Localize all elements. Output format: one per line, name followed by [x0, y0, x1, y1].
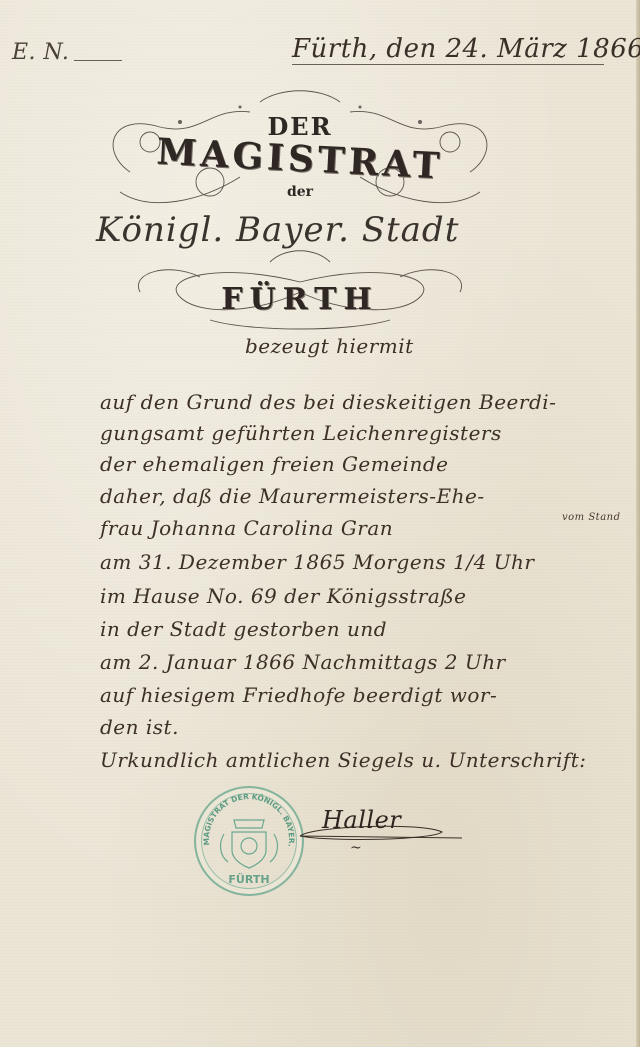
- body-line: gungsamt geführten Leichenregisters: [100, 421, 502, 445]
- body-line: der ehemaligen freien Gemeinde: [100, 452, 448, 476]
- body-line: frau Johanna Carolina Gran: [100, 516, 393, 540]
- body-line: auf hiesigem Friedhofe beerdigt wor-: [100, 683, 497, 707]
- closing-text: Urkundlich amtlichen Siegels u. Untersch…: [100, 748, 587, 772]
- signature: Haller: [322, 806, 401, 834]
- body-line: am 31. Dezember 1865 Morgens 1/4 Uhr: [100, 550, 535, 574]
- letterhead: DER MAGISTRAT der Königl. Bayer. Stadt F…: [90, 82, 510, 332]
- seal-city: FÜRTH: [196, 873, 302, 886]
- svg-text:MAGISTRAT DER KÖNIGL. BAYER. S: MAGISTRAT DER KÖNIGL. BAYER. STADT: [196, 788, 296, 851]
- official-seal: MAGISTRAT DER KÖNIGL. BAYER. STADT FÜRTH: [194, 786, 304, 896]
- body-line: im Hause No. 69 der Königsstraße: [100, 584, 466, 608]
- margin-note: vom Stand: [562, 512, 621, 523]
- letterhead-city: Königl. Bayer. Stadt: [96, 210, 459, 250]
- place-date: Fürth, den 24. März 1866.: [292, 34, 640, 64]
- body-line: auf den Grund des bei dieskeitigen Beerd…: [100, 390, 556, 414]
- body-line: den ist.: [100, 715, 179, 739]
- letterhead-furth: FÜRTH: [90, 282, 510, 317]
- intro-text: bezeugt hiermit: [245, 334, 414, 358]
- body-line: am 2. Januar 1866 Nachmittags 2 Uhr: [100, 650, 506, 674]
- body-line: in der Stadt gestorben und: [100, 617, 387, 641]
- letterhead-der-small: der: [90, 184, 510, 200]
- reference-underline: [74, 60, 122, 61]
- body-line: daher, daß die Maurermeisters-Ehe-: [100, 484, 485, 508]
- place-date-underline: [292, 64, 604, 65]
- signature-mark: ~: [350, 840, 362, 856]
- reference-mark: E. N.: [12, 40, 69, 65]
- page-edge: [636, 0, 640, 1047]
